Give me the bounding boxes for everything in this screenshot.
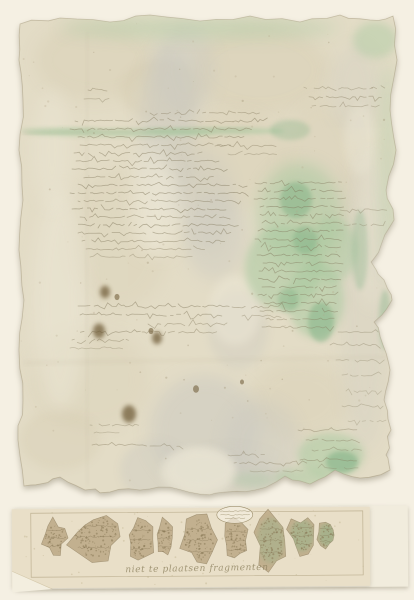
foxing-speck bbox=[327, 34, 328, 35]
foxing-speck bbox=[270, 245, 272, 247]
foxing-speck bbox=[369, 387, 370, 388]
foxing-speck bbox=[49, 188, 51, 190]
foxing-speck bbox=[77, 331, 78, 332]
strip-speck bbox=[326, 580, 327, 581]
foxing-speck bbox=[310, 107, 311, 108]
foxing-speck bbox=[283, 345, 285, 347]
strip-speck bbox=[71, 573, 73, 575]
foxing-speck bbox=[80, 282, 81, 283]
strip-speck bbox=[221, 538, 223, 540]
strip-speck bbox=[78, 572, 80, 574]
manuscript-sheet bbox=[18, 15, 397, 500]
strip-speck bbox=[278, 514, 279, 515]
foxing-speck bbox=[301, 166, 303, 168]
strip-speck bbox=[162, 561, 163, 562]
foxing-speck bbox=[365, 395, 367, 397]
foxing-speck bbox=[82, 236, 83, 237]
foxing-speck bbox=[267, 417, 268, 418]
foxing-speck bbox=[183, 379, 185, 381]
foxing-speck bbox=[220, 243, 221, 244]
foxing-speck bbox=[117, 389, 118, 390]
foxing-speck bbox=[247, 400, 249, 402]
fragment-strip bbox=[12, 505, 409, 592]
foxing-speck bbox=[284, 325, 285, 326]
foxing-speck bbox=[383, 119, 385, 121]
foxing-speck bbox=[62, 127, 63, 128]
strip-speck bbox=[358, 539, 359, 540]
strip-speck bbox=[311, 554, 312, 555]
archival-scan-page: niet te plaatsen fragmenten bbox=[0, 0, 414, 600]
foxing-speck bbox=[249, 179, 250, 180]
strip-speck bbox=[134, 513, 136, 515]
strip-speck bbox=[33, 548, 35, 550]
foxing-speck bbox=[136, 319, 137, 320]
foxing-speck bbox=[278, 111, 279, 112]
foxing-speck bbox=[327, 360, 328, 361]
strip-speck bbox=[174, 556, 176, 558]
strip-speck bbox=[314, 515, 316, 517]
green_deep-stain bbox=[326, 451, 358, 473]
foxing-speck bbox=[346, 182, 348, 184]
strip-speck bbox=[78, 529, 79, 530]
strip-speck bbox=[71, 521, 72, 522]
foxing-speck bbox=[67, 241, 68, 242]
strip-speck bbox=[181, 521, 183, 523]
light-stain bbox=[165, 448, 235, 492]
foxing-speck bbox=[380, 158, 382, 160]
foxing-speck bbox=[75, 106, 77, 108]
foxing-speck bbox=[106, 278, 108, 280]
foxing-speck bbox=[260, 360, 262, 362]
foxing-speck bbox=[33, 61, 35, 63]
foxing-speck bbox=[56, 335, 58, 337]
strip-speck bbox=[183, 531, 185, 533]
foxing-speck bbox=[228, 260, 230, 262]
foxing-speck bbox=[309, 399, 310, 400]
foxing-speck bbox=[141, 250, 143, 252]
foxing-speck bbox=[162, 243, 164, 245]
foxing-speck bbox=[168, 87, 169, 88]
foxing-speck bbox=[128, 263, 129, 264]
foxing-speck bbox=[232, 417, 234, 419]
foxing-speck bbox=[235, 75, 237, 77]
foxing-speck bbox=[213, 70, 215, 72]
foxing-speck bbox=[317, 242, 319, 244]
foxing-speck bbox=[335, 251, 337, 253]
foxing-speck bbox=[129, 479, 131, 481]
foxing-speck bbox=[193, 81, 194, 82]
foxing-speck bbox=[165, 458, 167, 460]
foxing-speck bbox=[251, 125, 253, 127]
foxing-speck bbox=[332, 291, 334, 293]
green-stain bbox=[353, 22, 397, 58]
foxing-speck bbox=[23, 58, 25, 60]
green-stain bbox=[233, 472, 273, 488]
strip-speck bbox=[26, 556, 27, 557]
foxing-speck bbox=[211, 420, 212, 421]
foxing-speck bbox=[21, 341, 22, 342]
strip-speck bbox=[43, 555, 44, 556]
light-stain bbox=[32, 90, 72, 210]
foxing-speck bbox=[350, 119, 352, 121]
foxing-speck bbox=[269, 388, 271, 390]
green_deep-stain bbox=[280, 182, 312, 218]
foxing-speck bbox=[273, 76, 275, 78]
foxing-speck bbox=[179, 69, 180, 70]
foxing-speck bbox=[323, 314, 325, 316]
foxing-speck bbox=[187, 345, 189, 347]
strip-speck bbox=[243, 560, 244, 561]
foxing-speck bbox=[328, 42, 330, 44]
foxing-speck bbox=[192, 41, 194, 43]
foxing-speck bbox=[88, 175, 89, 176]
foxing-speck bbox=[145, 111, 147, 113]
foxing-speck bbox=[176, 110, 178, 112]
green_deep-stain bbox=[270, 120, 310, 140]
strip-speck bbox=[24, 536, 26, 538]
foxing-speck bbox=[42, 87, 44, 89]
strip-speck bbox=[123, 540, 125, 542]
strip-speck bbox=[147, 516, 148, 517]
foxing-speck bbox=[296, 211, 298, 213]
foxing-speck bbox=[178, 204, 179, 205]
foxing-speck bbox=[152, 270, 154, 272]
foxing-speck bbox=[181, 230, 182, 231]
green_deep-stain bbox=[308, 302, 334, 342]
foxing-speck bbox=[118, 195, 119, 196]
foxing-speck bbox=[198, 205, 199, 206]
foxing-speck bbox=[93, 312, 95, 314]
foxing-speck bbox=[44, 105, 46, 107]
oval-annotation bbox=[217, 506, 253, 523]
foxing-speck bbox=[136, 23, 137, 24]
foxing-speck bbox=[358, 399, 360, 401]
foxing-speck bbox=[281, 379, 283, 381]
strip-speck bbox=[205, 582, 207, 584]
foxing-speck bbox=[188, 268, 189, 269]
foxing-speck bbox=[47, 100, 49, 102]
foxing-speck bbox=[181, 154, 182, 155]
foxing-speck bbox=[265, 413, 267, 415]
green_deep-stain bbox=[278, 288, 298, 312]
strip-speck bbox=[42, 529, 43, 530]
foxing-speck bbox=[46, 365, 47, 366]
foxing-speck bbox=[242, 100, 244, 102]
foxing-speck bbox=[147, 262, 149, 264]
foxing-speck bbox=[356, 325, 358, 327]
foxing-speck bbox=[376, 287, 377, 288]
scan-image: niet te plaatsen fragmenten bbox=[0, 0, 414, 600]
foxing-speck bbox=[180, 117, 181, 118]
foxing-speck bbox=[241, 229, 243, 231]
foxing-speck bbox=[303, 428, 304, 429]
foxing-speck bbox=[35, 406, 37, 408]
foxing-speck bbox=[165, 377, 167, 379]
strip-speck bbox=[122, 527, 124, 529]
strip-speck bbox=[154, 584, 155, 585]
foxing-speck bbox=[180, 412, 182, 414]
light-stain bbox=[32, 190, 88, 410]
gray-stain bbox=[155, 25, 215, 115]
strip-speck bbox=[249, 524, 251, 526]
strip-speck bbox=[26, 536, 28, 538]
foxing-speck bbox=[29, 75, 30, 76]
foxing-speck bbox=[109, 69, 111, 71]
foxing-speck bbox=[85, 390, 86, 391]
foxing-speck bbox=[52, 430, 54, 432]
green-stain bbox=[309, 218, 357, 282]
foxing-speck bbox=[245, 375, 246, 376]
foxing-speck bbox=[384, 139, 385, 140]
foxing-speck bbox=[93, 52, 94, 53]
foxing-speck bbox=[210, 199, 212, 201]
foxing-speck bbox=[314, 150, 315, 151]
foxing-speck bbox=[341, 458, 342, 459]
foxing-speck bbox=[268, 35, 270, 37]
foxing-speck bbox=[224, 387, 226, 389]
foxing-speck bbox=[314, 136, 315, 137]
foxing-speck bbox=[180, 139, 182, 141]
foxing-speck bbox=[339, 212, 340, 213]
foxing-speck bbox=[251, 293, 253, 295]
foxing-speck bbox=[227, 365, 228, 366]
foxing-speck bbox=[129, 362, 131, 364]
green_deep-stain bbox=[352, 210, 368, 290]
foxing-speck bbox=[363, 115, 365, 117]
strip-speck bbox=[334, 525, 336, 527]
strip-speck bbox=[313, 510, 314, 511]
foxing-speck bbox=[255, 450, 256, 451]
strip-speck bbox=[339, 521, 341, 523]
foxing-speck bbox=[39, 281, 41, 283]
strip-speck bbox=[295, 558, 296, 559]
foxing-speck bbox=[139, 371, 141, 373]
foxing-speck bbox=[292, 330, 294, 332]
strip-speck bbox=[81, 582, 83, 584]
